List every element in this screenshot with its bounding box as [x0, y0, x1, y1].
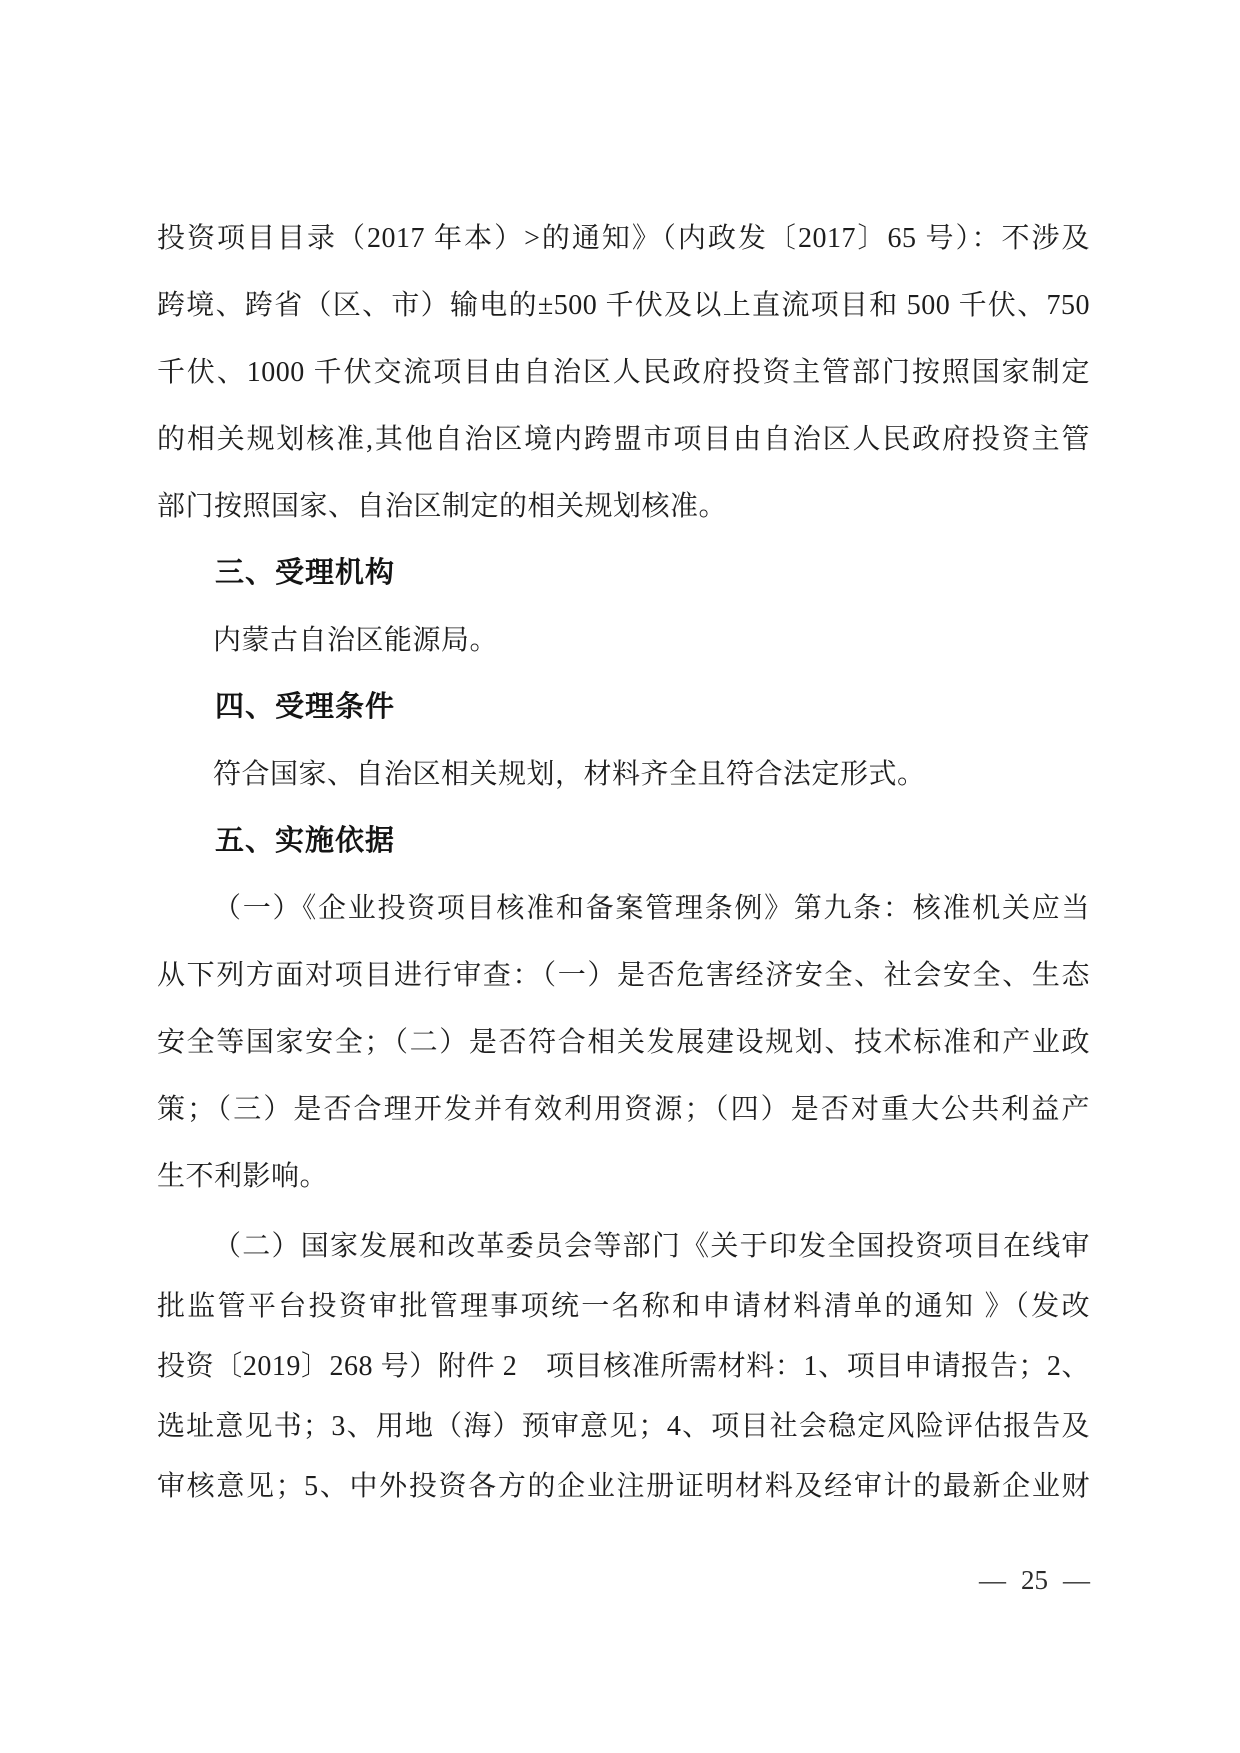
- text-line: 选址意见书；3、用地（海）预审意见；4、项目社会稳定风险评估报告及: [157, 1397, 1090, 1457]
- text-line: （一）《企业投资项目核准和备案管理条例》第九条：核准机关应当: [157, 875, 1090, 942]
- footer-dash-left: —: [979, 1565, 1006, 1596]
- page-footer: — 25 —: [157, 1565, 1090, 1596]
- text-line: 投资项目目录（2017 年本）>的通知》（内政发〔2017〕65 号）：不涉及: [157, 205, 1090, 272]
- text-line: 生不利影响。: [157, 1143, 1090, 1210]
- section-heading-implementation-basis: 五、实施依据: [157, 808, 1090, 875]
- document-page: 投资项目目录（2017 年本）>的通知》（内政发〔2017〕65 号）：不涉及 …: [0, 0, 1240, 1753]
- text-line: 千伏、1000 千伏交流项目由自治区人民政府投资主管部门按照国家制定: [157, 339, 1090, 406]
- page-number: 25: [1021, 1565, 1048, 1596]
- footer-dash-right: —: [1063, 1565, 1090, 1596]
- paragraph-acceptance-conditions: 符合国家、自治区相关规划，材料齐全且符合法定形式。: [157, 741, 1090, 808]
- text-line: 投资〔2019〕268 号）附件 2 项目核准所需材料：1、项目申请报告；2、: [157, 1337, 1090, 1397]
- document-body: 投资项目目录（2017 年本）>的通知》（内政发〔2017〕65 号）：不涉及 …: [157, 205, 1090, 1596]
- section-heading-accepting-agency: 三、受理机构: [157, 540, 1090, 607]
- text-line: 批监管平台投资审批管理事项统一名称和申请材料清单的通知 》（发改: [157, 1277, 1090, 1337]
- paragraph-accepting-agency: 内蒙古自治区能源局。: [157, 607, 1090, 674]
- text-line: 的相关规划核准,其他自治区境内跨盟市项目由自治区人民政府投资主管: [157, 406, 1090, 473]
- text-line: 部门按照国家、自治区制定的相关规划核准。: [157, 473, 1090, 540]
- text-line: 安全等国家安全；（二）是否符合相关发展建设规划、技术标准和产业政: [157, 1009, 1090, 1076]
- text-line: 从下列方面对项目进行审查：（一）是否危害经济安全、社会安全、生态: [157, 942, 1090, 1009]
- text-line: 策；（三）是否合理开发并有效利用资源；（四）是否对重大公共利益产: [157, 1076, 1090, 1143]
- text-line: 审核意见；5、中外投资各方的企业注册证明材料及经审计的最新企业财: [157, 1457, 1090, 1517]
- text-line: （二）国家发展和改革委员会等部门《关于印发全国投资项目在线审: [157, 1217, 1090, 1277]
- paragraph-basis-2: （二）国家发展和改革委员会等部门《关于印发全国投资项目在线审 批监管平台投资审批…: [157, 1217, 1090, 1517]
- text-line: 跨境、跨省（区、市）输电的±500 千伏及以上直流项目和 500 千伏、750: [157, 272, 1090, 339]
- section-heading-acceptance-conditions: 四、受理条件: [157, 674, 1090, 741]
